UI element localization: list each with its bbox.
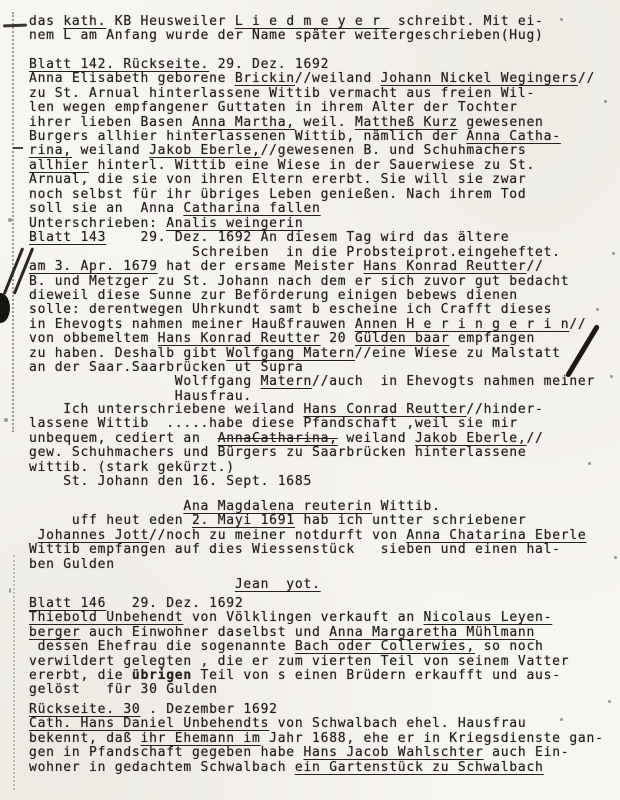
text-line: ihrer lieben Basen Anna Martha, weil. Ma… — [29, 116, 620, 130]
text-line: gew. Schuhmachers und Bürgers zu Saarbrü… — [29, 446, 620, 460]
paragraph-reutter-wittib: Ich unterschriebene weiland Hans Conrad … — [29, 403, 620, 489]
text-line: wittib. (stark gekürzt.) — [29, 461, 620, 475]
text-line: Jean yot. — [29, 578, 620, 592]
text-line: in Ehevogts nahmen meiner Haußfrauwen An… — [29, 318, 620, 332]
text-line: wohner in gedachtem Schwalbach ein Garte… — [29, 761, 620, 775]
text-line: von obbemeltem Hans Konrad Reutter 20 Gü… — [29, 332, 620, 346]
paragraph-rueckseite-30-dez: Rückseite. 30 . Dezember 1692Cath. Hans … — [29, 703, 620, 775]
text-line: B. und Metzger zu St. Johann nach dem er… — [29, 275, 620, 289]
text-line: Schreiben in die Probsteiprot.eingehefte… — [29, 246, 620, 260]
text-line: rina, weiland Jakob Eberle,//gewesenen B… — [29, 144, 620, 158]
text-line: berger auch Einwohner daselbst und Anna … — [29, 626, 620, 640]
text-line: zu St. Arnual hinterlassene Wittib verma… — [29, 87, 620, 101]
speck-icon — [8, 218, 12, 222]
text-line: allhier hinterl. Wittib eine Wiese in de… — [29, 159, 620, 173]
dotted-fold-line-icon — [12, 12, 14, 432]
scanned-document-page: das kath. KB Heusweiler L i e d m e y e … — [0, 0, 620, 800]
text-line: dessen Ehefrau die sogenannte Bach oder … — [29, 640, 620, 654]
paragraph-blatt-143: Unterschrieben: Analis weingerinBlatt 14… — [29, 217, 620, 404]
text-line: Blatt 143 29. Dez. 1692 An diesem Tag wi… — [29, 231, 620, 245]
paragraph-blatt-146: Blatt 146 29. Dez. 1692Thiebold Unbehend… — [29, 597, 620, 698]
text-line: nem L am Anfang wurde der Name später we… — [29, 29, 620, 43]
text-line: Cath. Hans Daniel Unbehendts von Schwalb… — [29, 717, 620, 731]
text-line: soll sie an Anna Catharina fallen — [29, 202, 620, 216]
text-line: len wegen empfangener Guttaten in ihrem … — [29, 101, 620, 115]
text-line: noch selbst für ihr übriges Leben genieß… — [29, 188, 620, 202]
margin-dash-icon — [13, 147, 23, 149]
text-line: am 3. Apr. 1679 hat der ersame Meister H… — [29, 260, 620, 274]
text-line: verwildert gelegten , die er zum vierten… — [29, 655, 620, 669]
margin-dash-icon — [3, 24, 27, 27]
signature-jean-yot: Jean yot. — [29, 578, 620, 592]
paragraph-ana-magdalena: Ana Magdalena reuterin Wittib. uff heut … — [29, 500, 620, 572]
dotted-fold-line-icon — [13, 555, 15, 790]
text-line: lassene Wittib .....habe diese Pfandscha… — [29, 417, 620, 431]
paragraph-blatt-142: Blatt 142. Rückseite. 29. Dez. 1692Anna … — [29, 58, 620, 216]
text-line: Arnual, die sie von ihren Eltern ererbt.… — [29, 173, 620, 187]
text-line: Johannes Jott//noch zu meiner notdurft v… — [29, 529, 620, 543]
text-line: zu haben. Deshalb gibt Wolfgang Matern//… — [29, 347, 620, 361]
text-line: St. Johann den 16. Sept. 1685 — [29, 475, 620, 489]
paragraph-note-liedmeyer: das kath. KB Heusweiler L i e d m e y e … — [29, 15, 620, 44]
speck-icon — [9, 588, 11, 593]
text-line: ben Gulden — [29, 558, 620, 572]
speck-icon — [4, 418, 8, 422]
text-line: uff heut eden 2. Mayi 1691 hab ich untte… — [29, 514, 620, 528]
text-line: gen in Pfandschaft gegeben habe Hans Jac… — [29, 746, 620, 760]
text-line: Anna Elisabeth geborene Brickin//weiland… — [29, 72, 620, 86]
text-line: Thiebold Unbehendt von Völklingen verkau… — [29, 611, 620, 625]
text-line: Wittib empfangen auf dies Wiessenstück s… — [29, 543, 620, 557]
text-line: gelöst für 30 Gulden — [29, 683, 620, 697]
text-line: unbequem, cediert an AnnaCatharina, weil… — [29, 432, 620, 446]
text-line: bekennt, daß ihr Ehemann im Jahr 1688, e… — [29, 732, 620, 746]
text-line: Wolffgang Matern//auch in Ehevogts nahme… — [29, 375, 620, 389]
text-line: solle: derentwegen Uhrkundt samt b esche… — [29, 303, 620, 317]
